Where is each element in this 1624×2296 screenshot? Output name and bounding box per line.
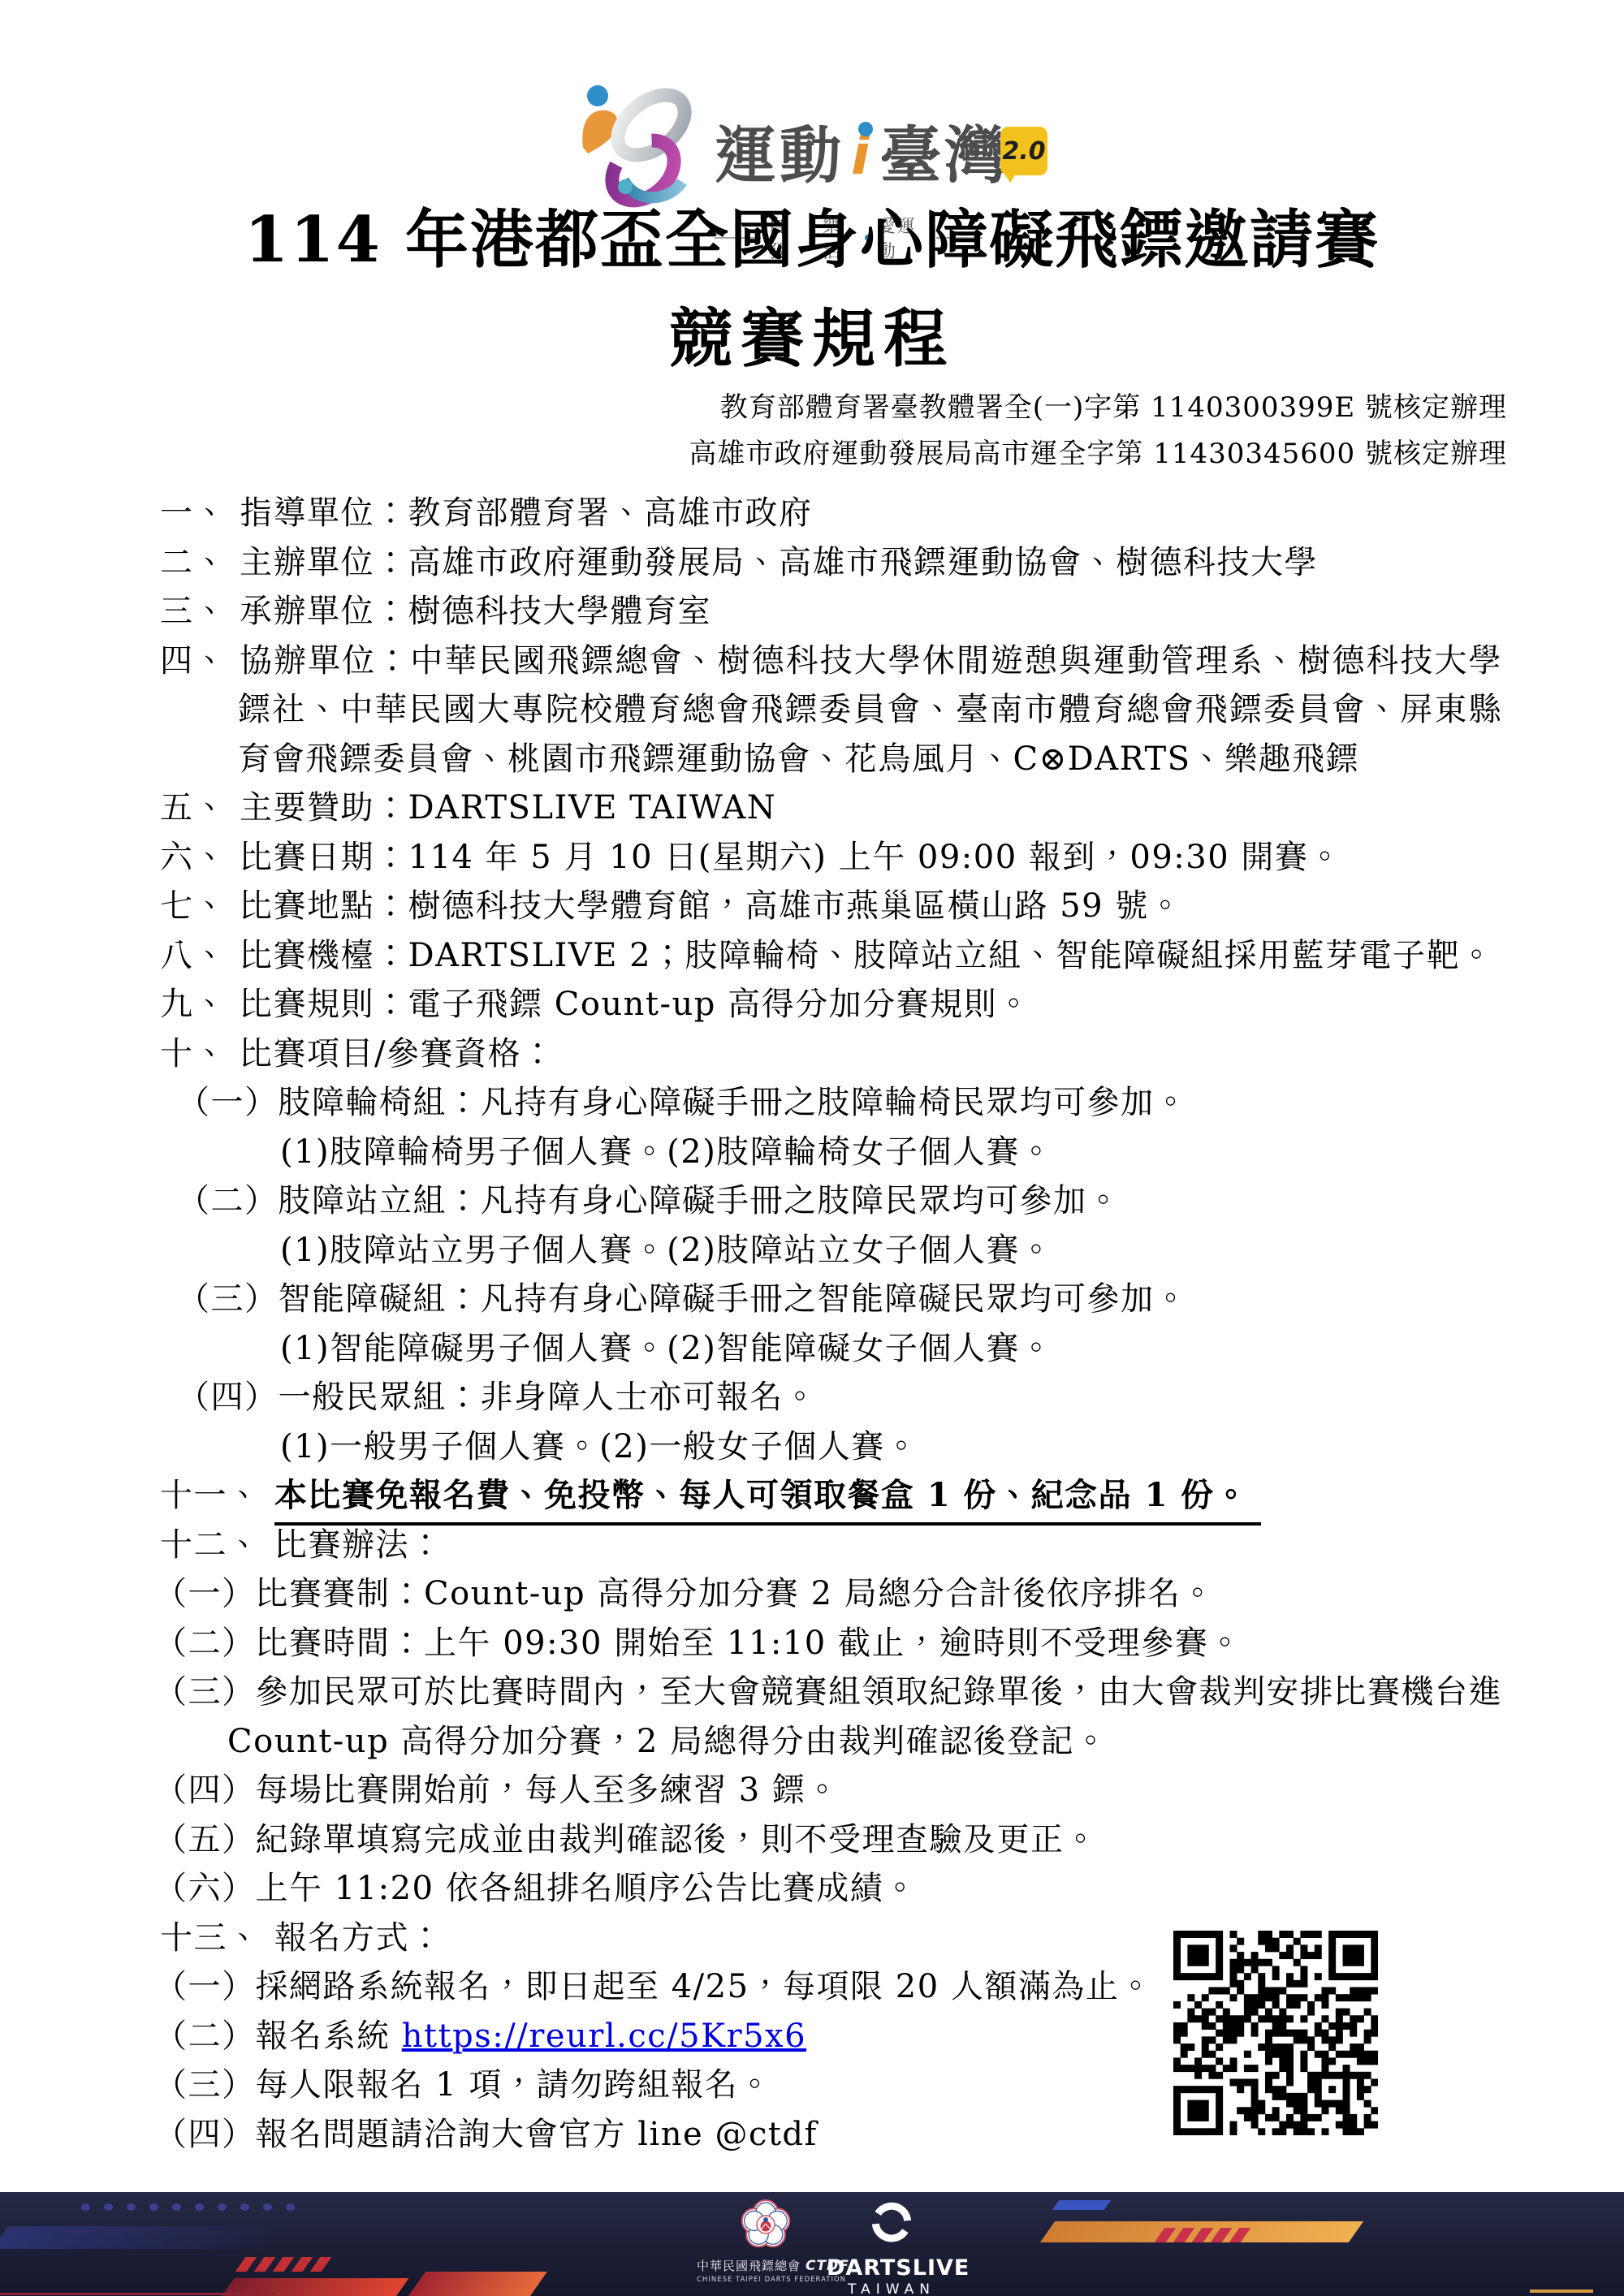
approval-line-1: 教育部體育署臺教體署全(一)字第 1140300399E 號核定辦理: [0, 385, 1507, 431]
doc-line: （五）紀錄單填寫完成並由裁判確認後，則不受理查驗及更正。: [0, 1815, 1624, 1865]
doc-line-text-with-link: （二）報名系統 https://reurl.cc/5Kr5x6: [154, 2012, 806, 2061]
wordmark-i: i: [851, 119, 873, 193]
doc-line-text: （三）每人限報名 1 項，請勿跨組報名。: [154, 2061, 772, 2110]
doc-line: 七、比賽地點：樹德科技大學體育館，高雄市燕巢區橫山路 59 號。: [0, 882, 1624, 931]
doc-line-text: 指導單位：教育部體育署、高雄市政府: [240, 489, 813, 538]
doc-line: 鏢社、中華民國大專院校體育總會飛鏢委員會、臺南市體育總會飛鏢委員會、屏東縣體: [0, 685, 1624, 735]
footer-decor-gold-line: [1530, 2290, 1593, 2293]
doc-line: 五、主要贊助：DARTSLIVE TAIWAN: [0, 783, 1624, 833]
doc-line-text: 比賽項目/參賽資格：: [240, 1029, 555, 1079]
doc-line: (1)肢障站立男子個人賽。(2)肢障站立女子個人賽。: [0, 1226, 1624, 1275]
doc-line-number: 二、: [160, 538, 227, 588]
wordmark-left: 運動: [715, 119, 844, 193]
doc-line-number: 一、: [160, 489, 227, 538]
doc-line: （三）參加民眾可於比賽時間內，至大會競賽組領取紀錄單後，由大會裁判安排比賽機台進…: [0, 1668, 1624, 1717]
doc-line: 八、比賽機檯：DARTSLIVE 2；肢障輪椅、肢障站立組、智能障礙組採用藍芽電…: [0, 931, 1624, 981]
doc-line-number: 九、: [160, 980, 227, 1029]
doc-line: （四）一般民眾組：非身障人士亦可報名。: [0, 1373, 1624, 1422]
doc-line-text: 比賽地點：樹德科技大學體育館，高雄市燕巢區橫山路 59 號。: [240, 882, 1182, 931]
doc-line: Count-up 高得分加分賽，2 局總得分由裁判確認後登記。: [0, 1717, 1624, 1767]
doc-line-text: (1)智能障礙男子個人賽。(2)智能障礙女子個人賽。: [280, 1324, 1053, 1374]
registration-qr-code: [1173, 1931, 1378, 2135]
doc-line: 一、指導單位：教育部體育署、高雄市政府: [0, 489, 1624, 538]
doc-line: 十二、比賽辦法：: [0, 1521, 1624, 1570]
doc-line-number: 十二、: [160, 1521, 261, 1570]
ctdf-plum-blossom-icon: [732, 2199, 799, 2252]
doc-line: 四、協辦單位：中華民國飛鏢總會、樹德科技大學休閒遊憩與運動管理系、樹德科技大學飛: [0, 637, 1624, 686]
doc-line: 育會飛鏢委員會、桃園市飛鏢運動協會、花鳥風月、C⊗DARTS、樂趣飛鏢: [0, 735, 1624, 784]
doc-line: （一）採網路系統報名，即日起至 4/25，每項限 20 人額滿為止。: [0, 1962, 1624, 2012]
doc-line: (1)智能障礙男子個人賽。(2)智能障礙女子個人賽。: [0, 1324, 1624, 1374]
document-title-line2: 競賽規程: [0, 302, 1624, 377]
doc-line: （一）比賽賽制：Count-up 高得分加分賽 2 局總分合計後依序排名。: [0, 1569, 1624, 1619]
doc-line-text: 鏢社、中華民國大專院校體育總會飛鏢委員會、臺南市體育總會飛鏢委員會、屏東縣體: [238, 685, 1502, 735]
doc-line-number: 六、: [160, 833, 227, 883]
doc-line: 六、比賽日期：114 年 5 月 10 日(星期六) 上午 09:00 報到，0…: [0, 833, 1624, 883]
footer-decor-hatch-left: [240, 2257, 326, 2272]
ctdf-logo: 中華民國飛鏢總會CTDF CHINESE TAIPEI DARTS FEDERA…: [697, 2199, 835, 2284]
doc-line-text: （四）一般民眾組：非身障人士亦可報名。: [177, 1373, 818, 1422]
doc-line-number: 七、: [160, 882, 227, 931]
doc-line: 十三、報名方式：: [0, 1914, 1624, 1963]
doc-line-text: （六）上午 11:20 依各組排名順序公告比賽成績。: [154, 1864, 918, 1914]
doc-line: （二）肢障站立組：凡持有身心障礙手冊之肢障民眾均可參加。: [0, 1176, 1624, 1226]
doc-line: （三）每人限報名 1 項，請勿跨組報名。: [0, 2061, 1624, 2110]
doc-line: 九、比賽規則：電子飛鏢 Count-up 高得分加分賽規則。: [0, 980, 1624, 1029]
doc-line: （六）上午 11:20 依各組排名順序公告比賽成績。: [0, 1864, 1624, 1914]
doc-line: 十一、本比賽免報名費、免投幣、每人可領取餐盒 1 份、紀念品 1 份。: [0, 1471, 1624, 1521]
document-body: 一、指導單位：教育部體育署、高雄市政府二、主辦單位：高雄市政府運動發展局、高雄市…: [0, 489, 1624, 2159]
footer-decor-red-line: [0, 2293, 276, 2295]
doc-line-text: 本比賽免報名費、免投幣、每人可領取餐盒 1 份、紀念品 1 份。: [274, 1471, 1261, 1526]
doc-line-text: 育會飛鏢委員會、桃園市飛鏢運動協會、花鳥風月、C⊗DARTS、樂趣飛鏢: [238, 735, 1359, 784]
ctdf-name-en: CHINESE TAIPEI DARTS FEDERATION: [697, 2276, 835, 2284]
doc-line-text: 比賽規則：電子飛鏢 Count-up 高得分加分賽規則。: [240, 980, 1031, 1029]
doc-line-number: 十一、: [160, 1471, 261, 1521]
doc-line: 十、比賽項目/參賽資格：: [0, 1029, 1624, 1079]
doc-line-text: （一）比賽賽制：Count-up 高得分加分賽 2 局總分合計後依序排名。: [154, 1569, 1215, 1619]
doc-line: （二）比賽時間：上午 09:30 開始至 11:10 截止，逾時則不受理參賽。: [0, 1619, 1624, 1668]
doc-line-number: 十三、: [160, 1914, 261, 1963]
doc-line-text: （五）紀錄單填寫完成並由裁判確認後，則不受理查驗及更正。: [154, 1815, 1098, 1865]
doc-line-text: （一）肢障輪椅組：凡持有身心障礙手冊之肢障輪椅民眾均可參加。: [177, 1078, 1188, 1128]
doc-line-number: 十、: [160, 1029, 227, 1079]
doc-line-text: （二）比賽時間：上午 09:30 開始至 11:10 截止，逾時則不受理參賽。: [154, 1619, 1242, 1668]
footer-decor-hatch-right: [1160, 2228, 1246, 2242]
footer-decor-blue-chip: [1052, 2200, 1111, 2210]
dartslive-logo: DARTSLIVE TAIWAN: [827, 2197, 957, 2296]
doc-line-text: （四）每場比賽開始前，每人至多練習 3 鏢。: [154, 1766, 840, 1815]
competition-regulations-page: 運動i臺灣 2.0 自發 樂活 愛運動 114 年港都盃全國身心障礙飛鏢邀請賽 …: [0, 0, 1624, 2296]
doc-line-number: 三、: [160, 587, 227, 637]
ctdf-name-cn: 中華民國飛鏢總會CTDF: [697, 2257, 835, 2274]
doc-line-text: （二）肢障站立組：凡持有身心障礙手冊之肢障民眾均可參加。: [177, 1176, 1121, 1226]
doc-line-text: (1)肢障輪椅男子個人賽。(2)肢障輪椅女子個人賽。: [280, 1128, 1053, 1177]
registration-system-link[interactable]: https://reurl.cc/5Kr5x6: [402, 2018, 806, 2055]
doc-line: （一）肢障輪椅組：凡持有身心障礙手冊之肢障輪椅民眾均可參加。: [0, 1078, 1624, 1128]
doc-line-text: 比賽日期：114 年 5 月 10 日(星期六) 上午 09:00 報到，09:…: [240, 833, 1342, 883]
doc-line-text: （四）報名問題請洽詢大會官方 line @ctdf: [154, 2110, 818, 2160]
footer-banner: 中華民國飛鏢總會CTDF CHINESE TAIPEI DARTS FEDERA…: [0, 2192, 1624, 2296]
sport-i-taiwan-wordmark: 運動i臺灣: [715, 119, 1009, 193]
doc-line: （四）每場比賽開始前，每人至多練習 3 鏢。: [0, 1766, 1624, 1815]
doc-line-number: 八、: [160, 931, 227, 981]
approval-line-2: 高雄市政府運動發展局高市運全字第 11430345600 號核定辦理: [0, 431, 1507, 477]
footer-decor-dots-left: [81, 2203, 295, 2211]
doc-line-number: 四、: [160, 637, 227, 686]
document-title-line1: 114 年港都盃全國身心障礙飛鏢邀請賽: [0, 203, 1624, 278]
wordmark-right: 臺灣: [879, 119, 1009, 193]
doc-line: (1)一般男子個人賽。(2)一般女子個人賽。: [0, 1422, 1624, 1472]
doc-line-text: (1)肢障站立男子個人賽。(2)肢障站立女子個人賽。: [280, 1226, 1053, 1275]
doc-line-number: 五、: [160, 783, 227, 833]
doc-line: （三）智能障礙組：凡持有身心障礙手冊之智能障礙民眾均可參加。: [0, 1275, 1624, 1324]
approval-block: 教育部體育署臺教體署全(一)字第 1140300399E 號核定辦理 高雄市政府…: [0, 385, 1507, 477]
doc-line-text: 比賽辦法：: [274, 1521, 443, 1570]
doc-line-text: （三）智能障礙組：凡持有身心障礙手冊之智能障礙民眾均可參加。: [177, 1275, 1188, 1324]
doc-line-text: 協辦單位：中華民國飛鏢總會、樹德科技大學休閒遊憩與運動管理系、樹德科技大學飛: [240, 637, 1502, 686]
doc-line: 三、承辦單位：樹德科技大學體育室: [0, 587, 1624, 637]
doc-line-text: 主辦單位：高雄市政府運動發展局、高雄市飛鏢運動協會、樹德科技大學: [240, 538, 1318, 588]
doc-line-text: 報名方式：: [274, 1914, 443, 1963]
doc-line-text: （三）參加民眾可於比賽時間內，至大會競賽組領取紀錄單後，由大會裁判安排比賽機台進…: [154, 1668, 1502, 1717]
footer-decor-red-shape-2: [406, 2272, 547, 2296]
dartslive-swoosh-icon: [864, 2197, 919, 2251]
doc-line: （二）報名系統 https://reurl.cc/5Kr5x6: [0, 2012, 1624, 2061]
doc-line-text: （一）採網路系統報名，即日起至 4/25，每項限 20 人額滿為止。: [154, 1962, 1153, 2012]
doc-line-text: 比賽機檯：DARTSLIVE 2；肢障輪椅、肢障站立組、智能障礙組採用藍芽電子靶…: [240, 931, 1494, 981]
doc-line: (1)肢障輪椅男子個人賽。(2)肢障輪椅女子個人賽。: [0, 1128, 1624, 1177]
doc-line-text: 主要贊助：DARTSLIVE TAIWAN: [240, 783, 776, 833]
link-prefix: （二）報名系統: [154, 2018, 402, 2055]
doc-line: （四）報名問題請洽詢大會官方 line @ctdf: [0, 2110, 1624, 2160]
dartslive-name: DARTSLIVE: [827, 2255, 957, 2281]
doc-line-text: 承辦單位：樹德科技大學體育室: [240, 587, 711, 637]
footer-decor-blue-streak: [0, 2226, 288, 2249]
dartslive-taiwan: TAIWAN: [827, 2281, 957, 2296]
sport-i-taiwan-logo-icon: [578, 78, 706, 222]
doc-line: 二、主辦單位：高雄市政府運動發展局、高雄市飛鏢運動協會、樹德科技大學: [0, 538, 1624, 588]
version-badge: 2.0: [1000, 127, 1047, 175]
doc-line-text: (1)一般男子個人賽。(2)一般女子個人賽。: [280, 1422, 918, 1472]
doc-line-text: Count-up 高得分加分賽，2 局總得分由裁判確認後登記。: [227, 1717, 1108, 1767]
